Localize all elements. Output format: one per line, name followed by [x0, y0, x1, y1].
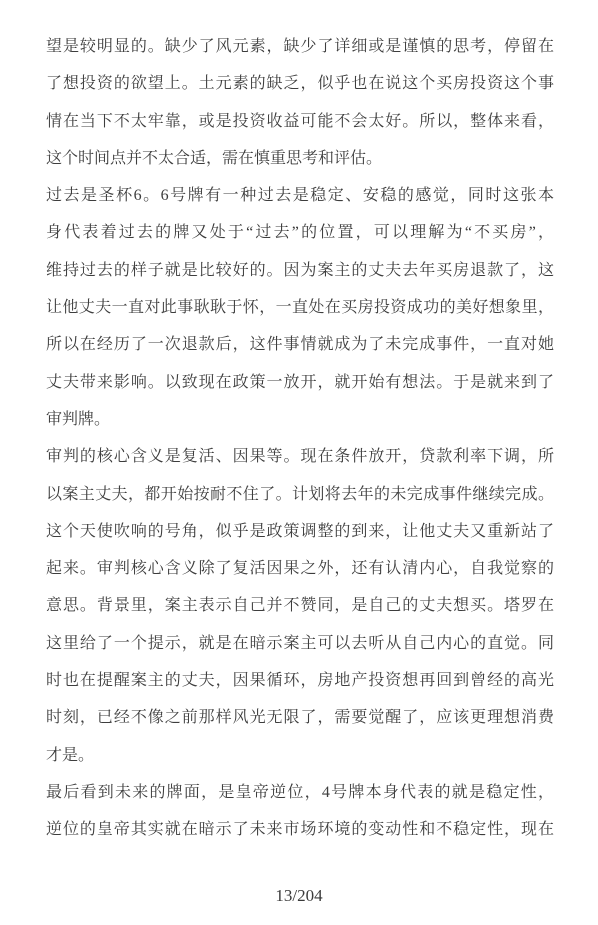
paragraph: 最后看到未来的牌面，是皇帝逆位，4号牌本身代表的就是稳定性，逆位的皇帝其实就在暗… — [46, 774, 554, 849]
text-line: 才是。 — [46, 737, 554, 774]
text-line: 所以在经历了一次退款后，这件事情就成为了未完成事件，一直对她 — [46, 326, 554, 363]
text-line: 情在当下不太牢靠，或是投资收益可能不会太好。所以，整体来看， — [46, 103, 554, 140]
text-line: 以案主丈夫，都开始按耐不住了。计划将去年的未完成事件继续完成。 — [46, 476, 554, 513]
text-line: 意思。背景里，案主表示自己并不赞同，是自己的丈夫想买。塔罗在 — [46, 587, 554, 624]
text-line: 这个天使吹响的号角，似乎是政策调整的到来，让他丈夫又重新站了 — [46, 513, 554, 550]
text-line: 逆位的皇帝其实就在暗示了未来市场环境的变动性和不稳定性，现在 — [46, 811, 554, 848]
paragraph: 审判的核心含义是复活、因果等。现在条件放开，贷款利率下调，所以案主丈夫，都开始按… — [46, 438, 554, 774]
text-line: 让他丈夫一直对此事耿耿于怀，一直处在买房投资成功的美好想象里， — [46, 289, 554, 326]
body-text: 望是较明显的。缺少了风元素，缺少了详细或是谨慎的思考，停留在了想投资的欲望上。土… — [46, 28, 554, 849]
text-line: 起来。审判核心含义除了复活因果之外，还有认清内心，自我觉察的 — [46, 550, 554, 587]
paragraph: 过去是圣杯6。6号牌有一种过去是稳定、安稳的感觉，同时这张本身代表着过去的牌又处… — [46, 177, 554, 438]
text-line: 时刻，已经不像之前那样风光无限了，需要觉醒了，应该更理想消费 — [46, 699, 554, 736]
text-line: 这里给了一个提示，就是在暗示案主可以去听从自己内心的直觉。同 — [46, 625, 554, 662]
text-line: 了想投资的欲望上。土元素的缺乏，似乎也在说这个买房投资这个事 — [46, 65, 554, 102]
text-line: 审判的核心含义是复活、因果等。现在条件放开，贷款利率下调，所 — [46, 438, 554, 475]
text-line: 过去是圣杯6。6号牌有一种过去是稳定、安稳的感觉，同时这张本 — [46, 177, 554, 214]
text-line: 时也在提醒案主的丈夫，因果循环，房地产投资想再回到曾经的高光 — [46, 662, 554, 699]
document-page: 望是较明显的。缺少了风元素，缺少了详细或是谨慎的思考，停留在了想投资的欲望上。土… — [0, 0, 598, 925]
page-number: 13/204 — [0, 886, 598, 906]
text-line: 维持过去的样子就是比较好的。因为案主的丈夫去年买房退款了，这 — [46, 252, 554, 289]
text-line: 审判牌。 — [46, 401, 554, 438]
text-line: 身代表着过去的牌又处于“过去”的位置，可以理解为“不买房”， — [46, 214, 554, 251]
text-line: 这个时间点并不太合适，需在慎重思考和评估。 — [46, 140, 554, 177]
text-line: 望是较明显的。缺少了风元素，缺少了详细或是谨慎的思考，停留在 — [46, 28, 554, 65]
paragraph: 望是较明显的。缺少了风元素，缺少了详细或是谨慎的思考，停留在了想投资的欲望上。土… — [46, 28, 554, 177]
text-line: 丈夫带来影响。以致现在政策一放开，就开始有想法。于是就来到了 — [46, 364, 554, 401]
text-line: 最后看到未来的牌面，是皇帝逆位，4号牌本身代表的就是稳定性， — [46, 774, 554, 811]
